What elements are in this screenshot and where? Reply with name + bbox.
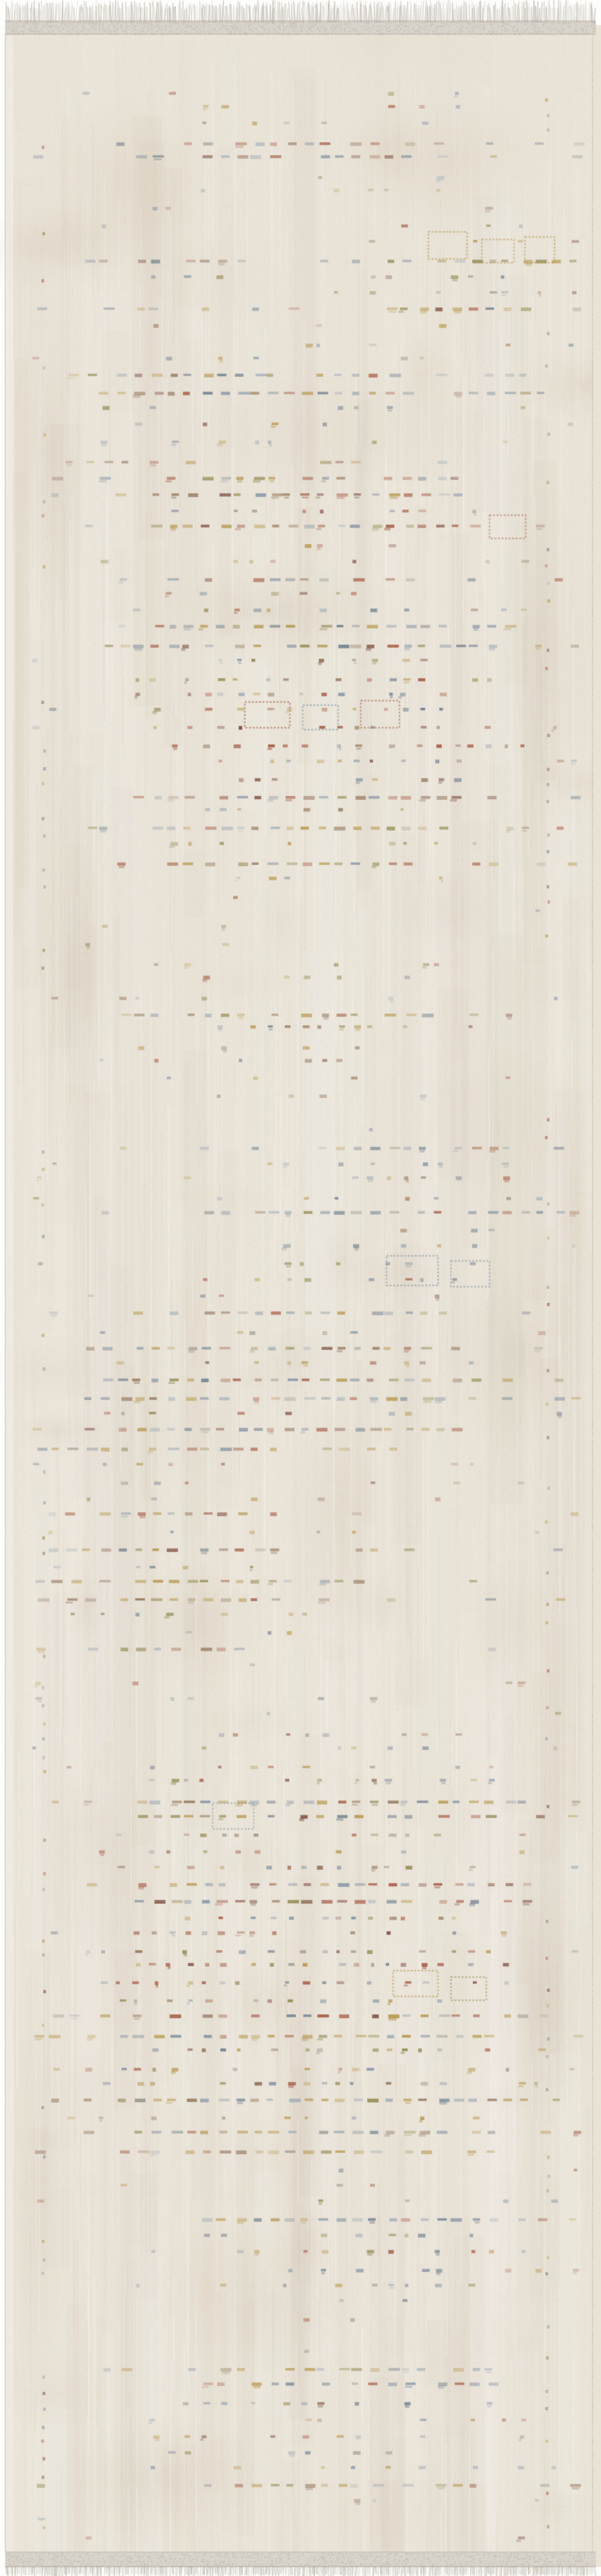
photo-background xyxy=(0,0,601,2576)
rug-runner-image xyxy=(0,0,601,2576)
